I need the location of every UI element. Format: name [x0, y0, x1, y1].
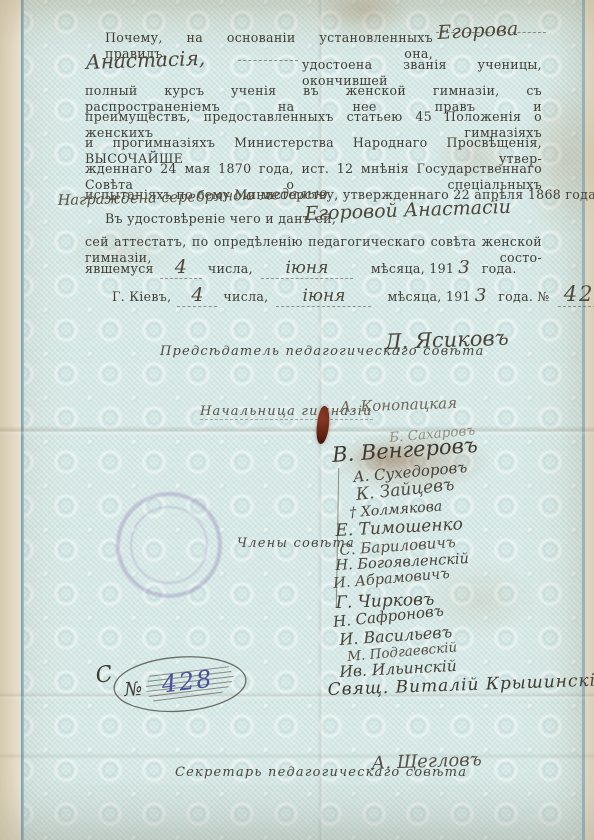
round-ink-stamp-inner-ring: [130, 506, 208, 584]
dotted-fill-line: [436, 32, 546, 33]
issue-day-handwritten: 4: [177, 284, 217, 307]
resolution-prefix: явшемуся: [85, 261, 154, 277]
resolution-year-handwritten: 3: [458, 257, 469, 278]
surname-handwritten: Егорова: [437, 18, 519, 44]
headmistress-signature: А. Конопацкая: [339, 394, 457, 416]
horizontal-fold-crease: [0, 426, 594, 436]
firstname-handwritten: Анастасія,: [85, 46, 205, 74]
left-page-edge: [0, 0, 24, 840]
issue-city: Г. Кіевъ,: [112, 289, 171, 305]
issue-after-day: числа,: [223, 289, 268, 305]
issue-after-month: мѣсяца, 191: [387, 289, 470, 305]
right-page-edge: [585, 0, 594, 840]
round-ink-stamp: [116, 492, 222, 598]
right-blue-border-line: [582, 0, 585, 840]
document-number-handwritten: 428: [558, 282, 594, 307]
registry-number-sign: №: [123, 678, 143, 701]
resolution-after-month: мѣсяца, 191: [371, 261, 454, 277]
resolution-date-line: явшемуся 4 числа, іюня мѣсяца, 191 3 год…: [85, 256, 517, 279]
secretary-signature: А. Щегловъ: [371, 749, 482, 774]
registry-number-oval-stamp: № 428: [100, 646, 264, 721]
issue-year-handwritten: 3: [475, 285, 486, 306]
left-blue-border-line: [21, 0, 24, 840]
resolution-day-handwritten: 4: [160, 256, 202, 279]
resolution-after-day: числа,: [208, 261, 253, 277]
attestation-document: Почему, на основаніи установленныхъ прав…: [0, 0, 594, 840]
resolution-month-handwritten: іюня: [261, 258, 353, 279]
resolution-suffix: года.: [482, 261, 517, 277]
registry-number-value: 428: [159, 665, 215, 699]
chairman-signature: Д. Ясиковъ: [384, 326, 509, 354]
issue-date-line: Г. Кіевъ, 4 числа, іюня мѣсяца, 191 3 го…: [112, 282, 594, 307]
issue-suffix: года. №: [498, 289, 549, 305]
body-line-8: Въ удостовѣреніе чего и данъ ей,: [105, 211, 336, 227]
dotted-fill-line: [238, 60, 298, 61]
horizontal-fold-crease: [0, 753, 594, 759]
issue-month-handwritten: іюня: [276, 286, 371, 307]
